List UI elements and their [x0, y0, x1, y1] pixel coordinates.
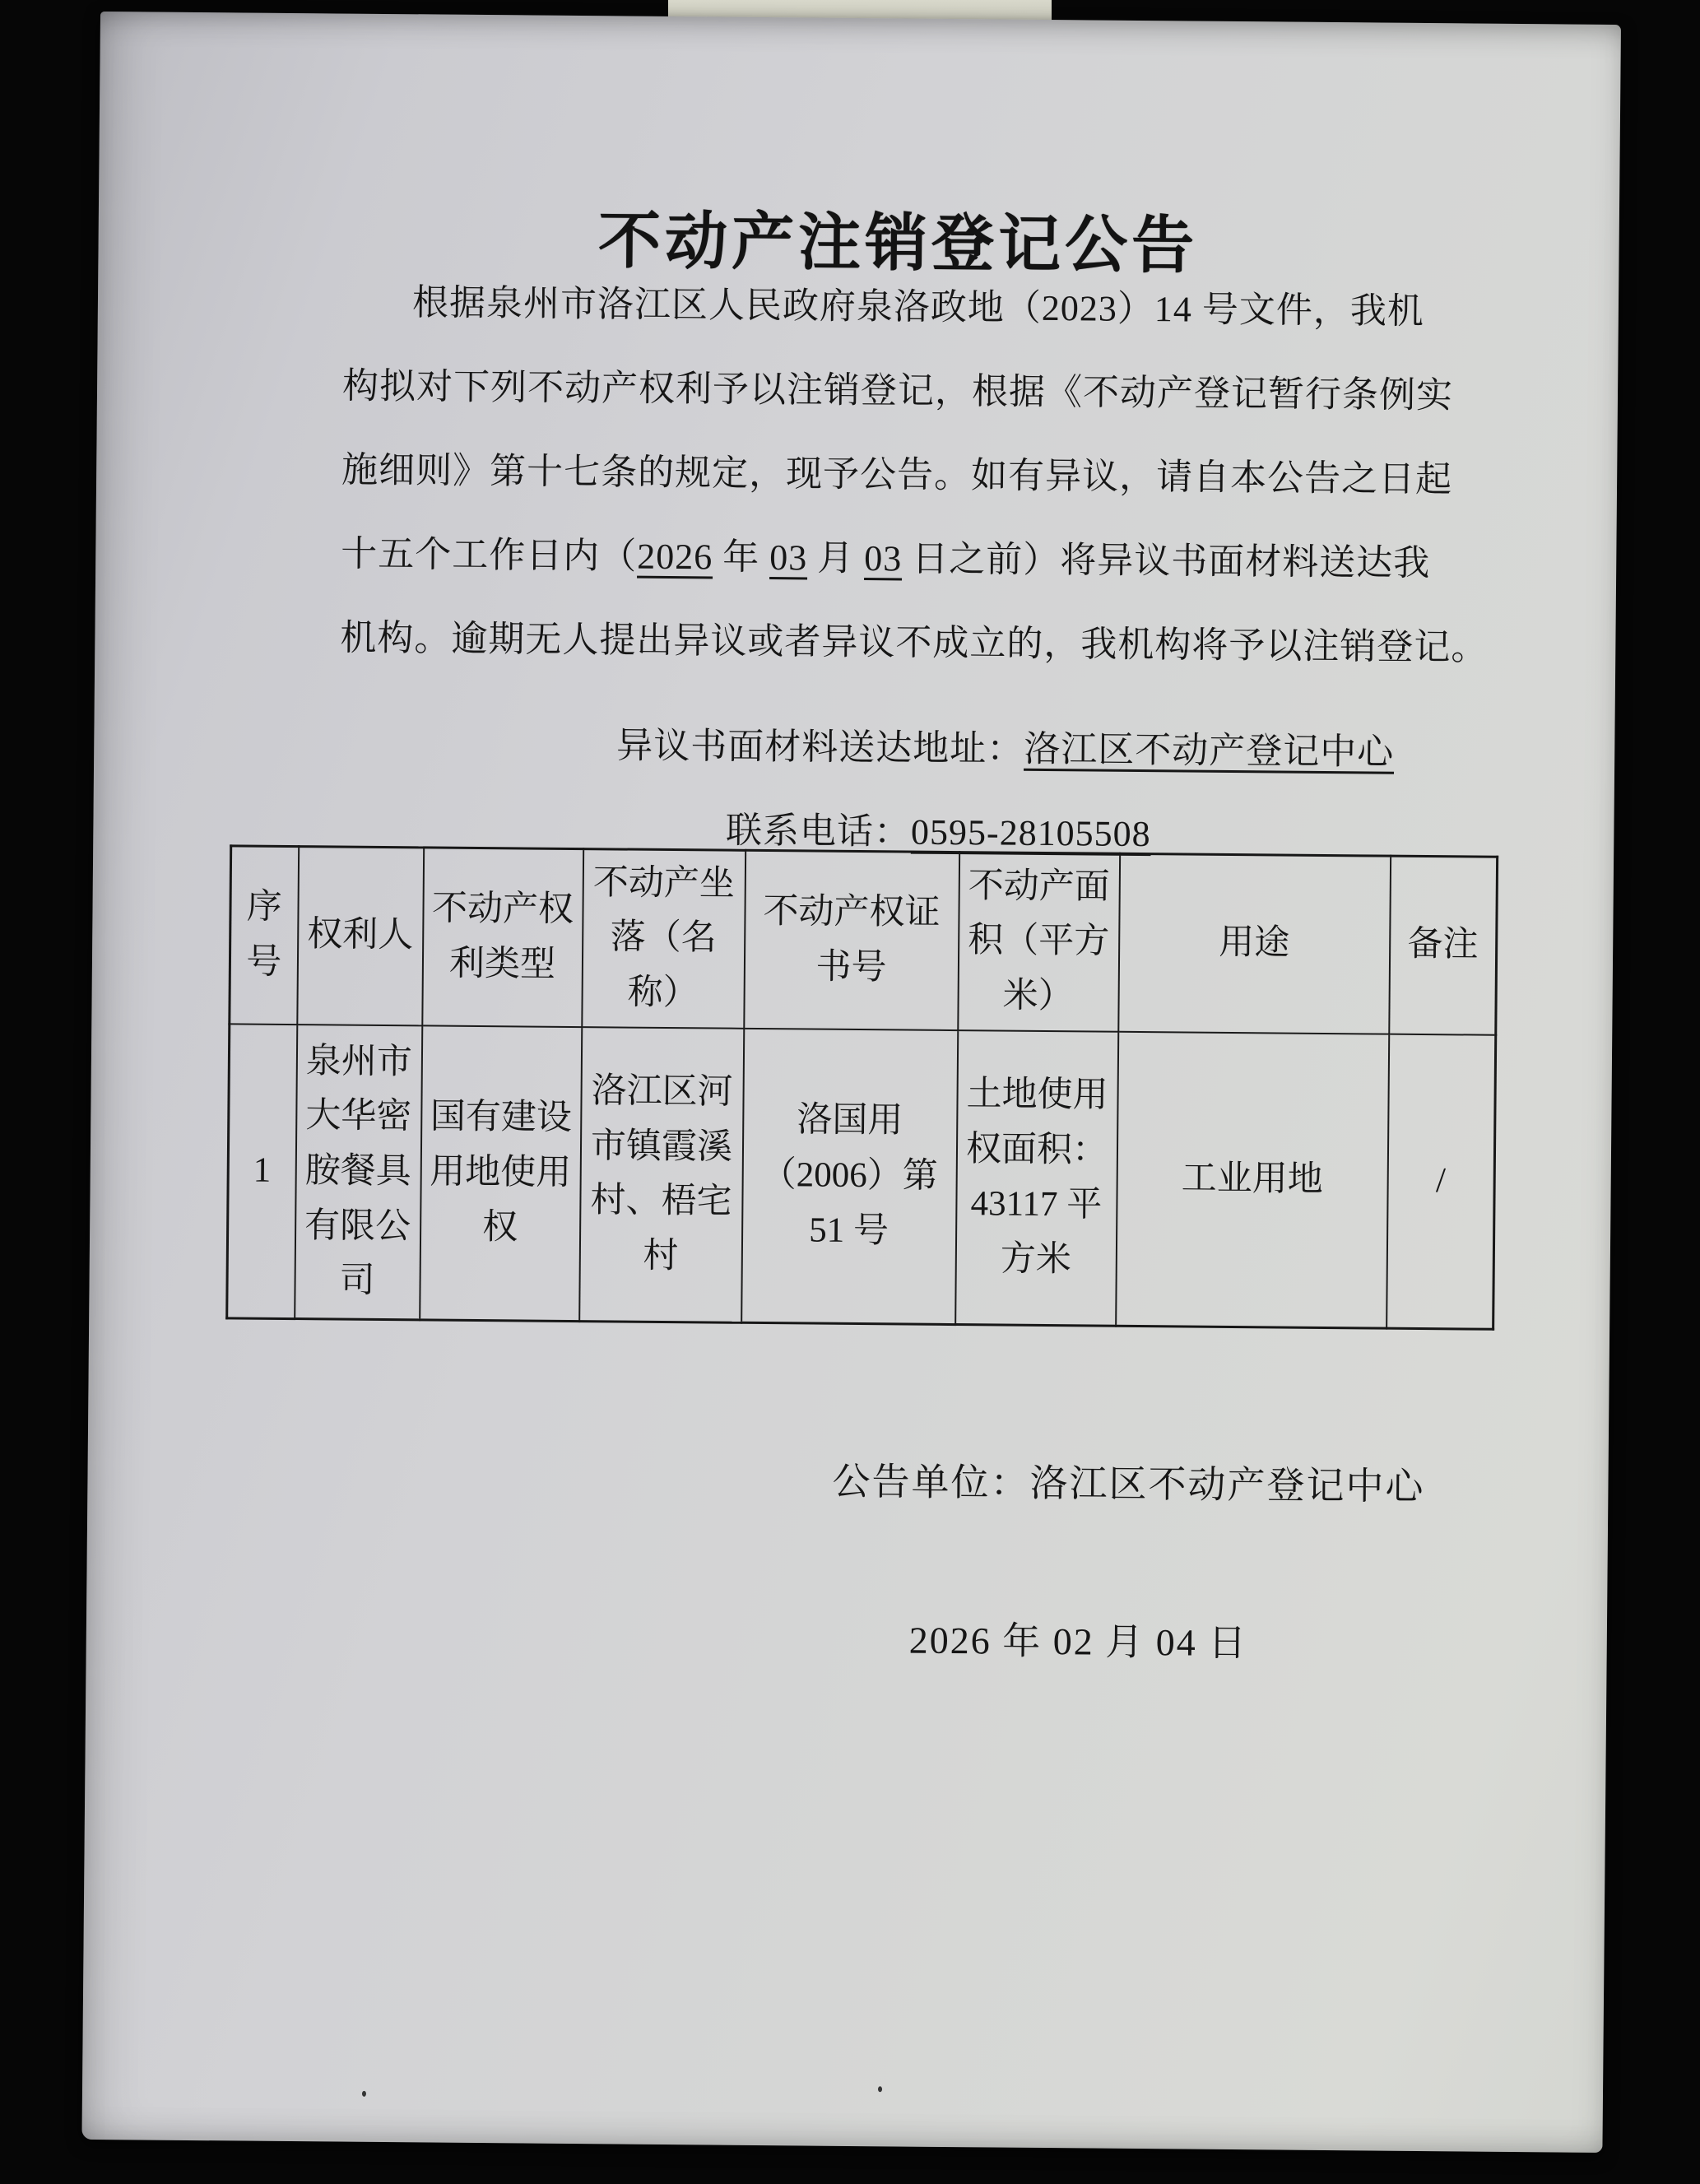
header-index: 序号	[230, 846, 299, 1025]
paper-speck	[362, 2091, 366, 2097]
photo-of-document: { "photo": { "background_color": "#06060…	[0, 0, 1700, 2184]
cell-usage: 工业用地	[1116, 1031, 1389, 1328]
year-label: 年	[713, 537, 769, 578]
header-owner: 权利人	[297, 847, 424, 1025]
deregistration-table: 序号 权利人 不动产权利类型 不动产坐落（名称） 不动产权证书号 不动产面积（平…	[225, 844, 1498, 1330]
address-value: 洛江区不动产登记中心	[1024, 729, 1394, 773]
delivery-address-line: 异议书面材料送达地址：洛江区不动产登记中心	[339, 702, 1395, 795]
issue-date: 2026 年 02 月 04 日	[909, 1610, 1248, 1668]
deadline-day: 03	[864, 538, 902, 579]
notice-body: 根据泉州市洛江区人民政府泉洛政地（2023）14 号文件，我机 构拟对下列不动产…	[340, 261, 1396, 690]
address-label: 异议书面材料送达地址：	[616, 725, 1024, 769]
cell-right-type: 国有建设用地使用权	[420, 1025, 582, 1322]
table-row: 1 泉州市大华密胺餐具有限公司 国有建设用地使用权 洛江区河市镇霞溪村、梧宅村 …	[227, 1024, 1496, 1329]
body-line-5: 机构。逾期无人提出异议或者异议不成立的，我机构将予以注销登记。	[340, 597, 1394, 690]
cell-index: 1	[227, 1024, 297, 1319]
cell-owner: 泉州市大华密胺餐具有限公司	[295, 1025, 422, 1320]
body-line-3: 施细则》第十七条的规定，现予公告。如有异议，请自本公告之日起	[341, 429, 1396, 522]
issuer-line: 公告单位：洛江区不动产登记中心	[832, 1452, 1425, 1511]
header-usage: 用途	[1118, 853, 1391, 1034]
phone-label: 联系电话：	[726, 811, 911, 853]
deadline-text-end: 日之前）将异议书面材料送达我	[902, 538, 1430, 583]
header-right-type: 不动产权利类型	[422, 848, 583, 1027]
cell-location: 洛江区河市镇霞溪村、梧宅村	[579, 1027, 744, 1323]
document-page: 不动产注销登记公告 根据泉州市洛江区人民政府泉洛政地（2023）14 号文件，我…	[81, 12, 1620, 2153]
deadline-text: 十五个工作日内（	[341, 534, 637, 577]
cell-certificate-no: 洛国用（2006）第 51 号	[741, 1028, 958, 1324]
month-label: 月	[807, 537, 864, 579]
header-location: 不动产坐落（名称）	[582, 849, 745, 1029]
table-header-row: 序号 权利人 不动产权利类型 不动产坐落（名称） 不动产权证书号 不动产面积（平…	[230, 846, 1498, 1034]
cell-area: 土地使用权面积：43117 平方米	[955, 1030, 1118, 1327]
body-line-4: 十五个工作日内（2026 年 03 月 03 日之前）将异议书面材料送达我	[341, 513, 1395, 606]
deadline-month: 03	[769, 537, 807, 578]
issuer-label: 公告单位：	[832, 1461, 1029, 1504]
paper-speck	[878, 2086, 882, 2092]
cell-remarks: /	[1386, 1034, 1496, 1329]
header-area: 不动产面积（平方米）	[958, 853, 1120, 1032]
issuer-value: 洛江区不动产登记中心	[1029, 1462, 1424, 1508]
phone-value: 0595-28105508	[911, 812, 1151, 855]
deadline-year: 2026	[637, 537, 713, 578]
header-certificate-no: 不动产权证书号	[744, 850, 959, 1029]
body-line-2: 构拟对下列不动产权利予以注销登记，根据《不动产登记暂行条例实	[342, 345, 1396, 438]
header-remarks: 备注	[1389, 856, 1498, 1034]
body-line-1: 根据泉州市洛江区人民政府泉洛政地（2023）14 号文件，我机	[343, 261, 1397, 354]
